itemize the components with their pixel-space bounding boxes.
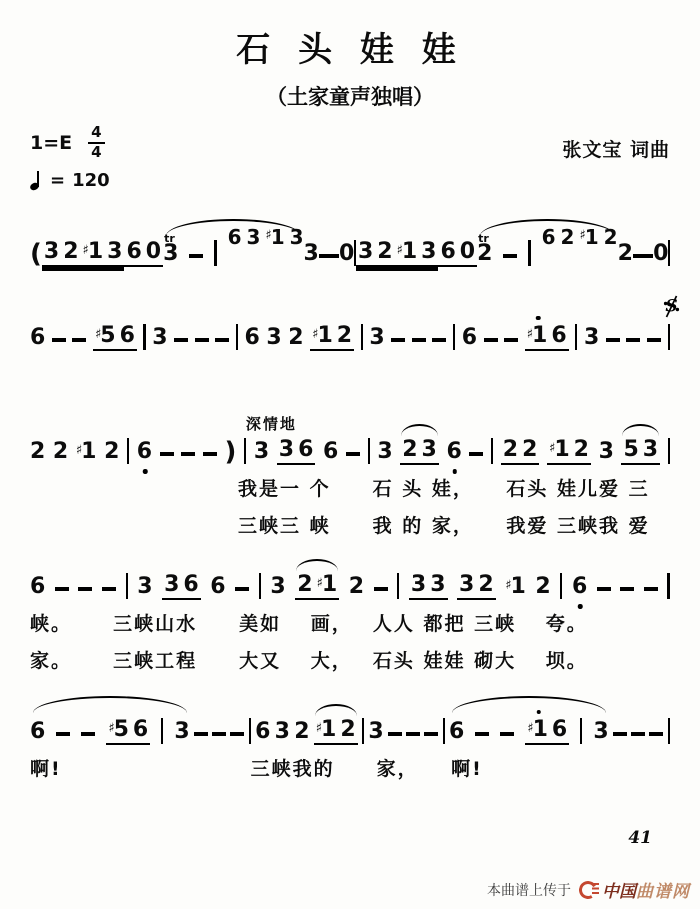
parenthesis: ( — [30, 241, 42, 267]
note-digit: 3 — [430, 572, 445, 598]
barline — [668, 718, 670, 744]
note-digit: 1 — [585, 224, 599, 250]
note: 3 — [44, 239, 59, 265]
note-digit: 6 — [551, 323, 566, 349]
note-digit: 6 — [446, 439, 461, 465]
note: ♯5 — [95, 323, 116, 349]
duration-dash — [102, 587, 116, 591]
note-digit: 1 — [532, 323, 547, 349]
beam-group: 53 — [621, 437, 660, 465]
note: 0 — [339, 241, 354, 267]
note-digit: 3 — [254, 439, 269, 465]
slur-group: 363♯13 — [163, 240, 303, 267]
note-digit: 2 — [337, 323, 352, 349]
note: 2 — [349, 574, 364, 600]
duration-dash — [626, 338, 640, 342]
duration-dash — [631, 732, 645, 736]
lyrics-line: 家。 三峡工程 大又 大， 石头 娃娃 砌大 坝。 — [30, 648, 670, 675]
barline — [491, 438, 493, 464]
note: 3 — [279, 437, 294, 463]
barline — [528, 240, 530, 266]
time-signature-denominator: 4 — [91, 144, 101, 161]
duration-dash — [475, 732, 489, 736]
sharp-icon: ♯ — [317, 577, 323, 590]
note-digit: 1 — [317, 323, 332, 349]
octave-dot-below — [453, 469, 458, 474]
site-name-primary: 中国 — [602, 877, 636, 902]
note-digit: 6 — [30, 325, 45, 351]
note: 3 — [593, 719, 608, 745]
sharp-icon: ♯ — [527, 328, 533, 341]
note: 3 — [137, 574, 152, 600]
note: 6 — [446, 439, 461, 465]
note-digit: 3 — [304, 241, 319, 267]
watermark: 本曲谱上传于 中国 曲谱网 — [487, 877, 690, 902]
note: 6 — [30, 325, 45, 351]
barline — [361, 324, 363, 350]
trill-note: 3 — [163, 241, 178, 267]
note: 3 — [266, 325, 281, 351]
note-digit: 6 — [440, 239, 455, 265]
sharp-icon: ♯ — [316, 722, 322, 735]
note-digit: 2 — [288, 325, 303, 351]
note-digit: 0 — [339, 241, 354, 267]
slur-group: 6♯163 — [449, 717, 609, 745]
song-subtitle: （土家童声独唱） — [30, 81, 670, 111]
system: (32♯1360363♯133032♯1360262♯1220 — [30, 237, 670, 267]
duration-dash — [212, 732, 226, 736]
note-digit: 1 — [81, 439, 96, 465]
duration-dash — [503, 254, 517, 258]
note-digit: 6 — [137, 439, 152, 465]
note: ♯1 — [527, 717, 548, 743]
note-digit: 3 — [152, 325, 167, 351]
note: 2 — [288, 325, 303, 351]
note: 3 — [254, 439, 269, 465]
note-digit: 2 — [478, 572, 493, 598]
system: 22♯126)深情地3366323622♯12353我是一 个 石 头 娃， 石… — [30, 435, 670, 540]
duration-dash — [72, 338, 86, 342]
time-signature-numerator: 4 — [88, 125, 104, 144]
note-digit: 1 — [321, 717, 336, 743]
tempo-bpm: 120 — [72, 170, 110, 191]
sharp-icon: ♯ — [76, 444, 82, 457]
note-digit: 6 — [183, 572, 198, 598]
note: ♯1 — [317, 572, 338, 598]
note-digit: 5 — [623, 437, 638, 463]
note: 6 — [210, 574, 225, 600]
key-signature: 1=E — [30, 132, 72, 154]
barline — [244, 438, 246, 464]
note: 6 — [228, 224, 242, 250]
expression-mark: 深情地 — [246, 411, 297, 437]
duration-dash — [633, 254, 643, 258]
note: 2 — [63, 239, 78, 265]
duration-dash — [649, 732, 663, 736]
note-digit: 1 — [88, 239, 103, 265]
note: 6 — [30, 574, 45, 600]
duration-dash — [504, 338, 518, 342]
beam-group: ♯56 — [106, 717, 150, 745]
note-digit: 1 — [554, 437, 569, 463]
duration-dash — [56, 732, 70, 736]
sharp-icon: ♯ — [312, 328, 318, 341]
lyrics-line: 啊! 三峡我的 家， 啊! — [30, 756, 670, 783]
barline — [667, 573, 669, 599]
note: 3 — [275, 719, 290, 745]
beam-group: 23 — [400, 437, 439, 465]
note-digit: 3 — [643, 437, 658, 463]
note: 2 — [478, 572, 493, 598]
duration-dash — [424, 732, 438, 736]
note: 6 — [572, 574, 587, 600]
duration-dash — [391, 338, 405, 342]
note: 6 — [30, 719, 45, 745]
duration-dash — [181, 452, 195, 456]
lyrics-line: 三峡三 峡 我 的 家， 我爱 三峡我 爱 — [30, 513, 670, 540]
note: 2 — [535, 574, 550, 600]
note-digit: 3 — [599, 439, 614, 465]
barline — [127, 438, 129, 464]
note: 6 — [245, 325, 260, 351]
time-signature: 4 4 — [88, 125, 104, 161]
barline — [126, 573, 128, 599]
duration-dash — [597, 587, 611, 591]
note: 6 — [542, 224, 556, 250]
octave-dot-above — [536, 316, 541, 321]
note: 6 — [323, 439, 338, 465]
note-digit: 6 — [572, 574, 587, 600]
note-digit: 3 — [174, 719, 189, 745]
sharp-icon: ♯ — [83, 244, 89, 257]
duration-dash — [406, 732, 420, 736]
system: 6336632♯123332♯126峡。 三峡山水 美如 画， 人人 都把 三峡… — [30, 570, 670, 675]
note-digit: 3 — [593, 719, 608, 745]
barline: S — [668, 324, 670, 350]
note-digit: 6 — [298, 437, 313, 463]
duration-dash — [469, 452, 483, 456]
note-digit: 6 — [542, 224, 556, 250]
note: 2 — [618, 241, 633, 267]
score-header: 1=E 4 4 = 120 张文宝 词曲 — [30, 125, 670, 191]
duration-dash — [412, 338, 426, 342]
sharp-icon: ♯ — [579, 229, 585, 242]
note: 6 — [298, 437, 313, 463]
note-digit: 3 — [369, 325, 384, 351]
note: 3 — [430, 572, 445, 598]
barline — [575, 324, 577, 350]
note: 3 — [422, 437, 437, 463]
barline — [214, 240, 216, 266]
composer-credit: 张文宝 词曲 — [562, 135, 670, 162]
note: 0 — [460, 239, 475, 265]
barline — [580, 718, 582, 744]
note: 2 — [337, 323, 352, 349]
note-digit: 2 — [618, 241, 633, 267]
note: 3 — [107, 239, 122, 265]
note-digit: 2 — [53, 439, 68, 465]
note: 3 — [421, 239, 436, 265]
note: 3 — [643, 437, 658, 463]
barline — [397, 573, 399, 599]
lyrics-line: 峡。 三峡山水 美如 画， 人人 都把 三峡 夸。 — [30, 611, 670, 638]
note-digit: 2 — [297, 572, 312, 598]
beam-group: 2♯1 — [295, 572, 339, 600]
note-digit: 5 — [100, 323, 115, 349]
beam-group: 60 — [124, 239, 163, 267]
note-digit: 2 — [63, 239, 78, 265]
note-digit: 1 — [322, 572, 337, 598]
note-digit: 2 — [561, 224, 575, 250]
duration-dash — [432, 338, 446, 342]
tempo-marking: = 120 — [30, 170, 110, 191]
note: 6 — [183, 572, 198, 598]
duration-dash — [189, 254, 203, 258]
note: 6 — [126, 239, 141, 265]
slur-group: 262♯12 — [477, 240, 617, 267]
beam-group: ♯12 — [314, 717, 358, 745]
duration-dash — [78, 587, 92, 591]
note: 0 — [653, 241, 668, 267]
note-digit: 3 — [411, 572, 426, 598]
duration-dash — [484, 338, 498, 342]
note: 2 — [53, 439, 68, 465]
beam-group: ♯16 — [525, 717, 569, 745]
note: 3 — [163, 241, 178, 267]
note: 2 — [574, 437, 589, 463]
beam-group: 32 — [457, 572, 496, 600]
barline — [362, 718, 364, 744]
note-digit: 3 — [279, 437, 294, 463]
slur-group: 6♯563 — [30, 717, 190, 745]
note: 3 — [358, 239, 373, 265]
note: 6 — [255, 719, 270, 745]
note: 2 — [522, 437, 537, 463]
note: 6 — [133, 717, 148, 743]
note-digit: 3 — [290, 224, 304, 250]
note-digit: 3 — [163, 241, 178, 267]
note-digit: 1 — [271, 224, 285, 250]
note-digit: 3 — [275, 719, 290, 745]
beam-group: 36 — [277, 437, 316, 465]
system: 6♯563632♯1236♯163啊! 三峡我的 家， 啊! — [30, 715, 670, 783]
note-digit: 2 — [477, 241, 492, 267]
duration-dash — [329, 254, 339, 258]
barline — [560, 573, 562, 599]
note: 6 — [449, 719, 464, 745]
note-digit: 5 — [114, 717, 129, 743]
note-digit: 3 — [421, 239, 436, 265]
note-digit: 6 — [30, 719, 45, 745]
note-digit: 2 — [377, 239, 392, 265]
duration-dash — [500, 732, 514, 736]
duration-dash — [160, 452, 174, 456]
note-digit: 2 — [294, 719, 309, 745]
note-digit: 3 — [377, 439, 392, 465]
note: 2 — [297, 572, 312, 598]
sheet-music-page: 石 头 娃 娃 （土家童声独唱） 1=E 4 4 = 120 张文宝 词曲 (3… — [0, 0, 700, 909]
note-digit: 2 — [604, 224, 618, 250]
note-digit: 6 — [210, 574, 225, 600]
notation-line: 6336632♯123332♯126 — [30, 570, 670, 600]
note: 2 — [104, 439, 119, 465]
note: 3 — [584, 325, 599, 351]
duration-dash — [613, 732, 627, 736]
notation-line: 6♯563632♯1236♯163 — [30, 715, 670, 745]
sharp-icon: ♯ — [549, 442, 555, 455]
parenthesis: ) — [225, 439, 237, 465]
duration-dash — [643, 254, 653, 258]
note-digit: 6 — [245, 325, 260, 351]
note: 3 — [174, 719, 189, 745]
duration-dash — [374, 587, 388, 591]
grace-notes: 63♯13 — [228, 224, 304, 250]
note-digit: 3 — [107, 239, 122, 265]
note: 3 — [270, 574, 285, 600]
note: 2 — [604, 224, 618, 250]
note: 6 — [551, 323, 566, 349]
octave-dot-above — [536, 710, 541, 715]
notation-line: 22♯126)深情地3366323622♯12353 — [30, 435, 670, 465]
note-digit: 6 — [323, 439, 338, 465]
lyrics-line: 我是一 个 石 头 娃， 石头 娃儿爱 三 — [30, 476, 670, 503]
note: ♯1 — [265, 224, 284, 250]
system: 6♯563632♯1236♯163S — [30, 321, 670, 351]
note: 2 — [340, 717, 355, 743]
barline — [236, 324, 238, 350]
note: 6 — [462, 325, 477, 351]
note: 2 — [477, 241, 492, 267]
duration-dash — [203, 452, 217, 456]
note: 2 — [377, 239, 392, 265]
beam-group: 22 — [501, 437, 540, 465]
note: 6 — [137, 439, 152, 465]
note-digit: 3 — [270, 574, 285, 600]
duration-dash — [388, 732, 402, 736]
note-digit: 6 — [552, 717, 567, 743]
note: 3 — [152, 325, 167, 351]
note-digit: 0 — [653, 241, 668, 267]
note-digit: 3 — [358, 239, 373, 265]
beam-group: ♯16 — [525, 323, 569, 351]
note-digit: 3 — [164, 572, 179, 598]
beam-group: 36 — [162, 572, 201, 600]
barline — [161, 718, 163, 744]
sharp-icon: ♯ — [265, 229, 271, 242]
quarter-note-icon — [30, 170, 43, 191]
duration-dash — [319, 254, 329, 258]
barline — [453, 324, 455, 350]
note-digit: 2 — [402, 437, 417, 463]
note-digit: 0 — [146, 239, 161, 265]
note-digit: 6 — [120, 323, 135, 349]
note-digit: 3 — [246, 224, 260, 250]
note-digit: 2 — [503, 437, 518, 463]
duration-dash — [174, 338, 188, 342]
tempo-equals: = — [50, 170, 65, 191]
note: ♯1 — [76, 439, 97, 465]
score: (32♯1360363♯133032♯1360262♯12206♯563632♯… — [30, 237, 670, 783]
note-digit: 6 — [30, 574, 45, 600]
note: 6 — [120, 323, 135, 349]
note: 6 — [552, 717, 567, 743]
note: 2 — [402, 437, 417, 463]
note-digit: 2 — [349, 574, 364, 600]
notation-line: 6♯563632♯1236♯163S — [30, 321, 670, 351]
barline — [259, 573, 261, 599]
note: ♯1 — [316, 717, 337, 743]
beam-group: ♯56 — [93, 323, 137, 351]
note-digit: 2 — [535, 574, 550, 600]
site-logo-icon — [577, 878, 599, 900]
note-digit: 6 — [449, 719, 464, 745]
duration-dash — [52, 338, 66, 342]
note-digit: 3 — [422, 437, 437, 463]
note-digit: 6 — [126, 239, 141, 265]
beam-group: 33 — [409, 572, 448, 600]
duration-dash — [215, 338, 229, 342]
duration-dash — [647, 338, 661, 342]
note-digit: 0 — [460, 239, 475, 265]
octave-dot-below — [143, 469, 148, 474]
note-digit: 1 — [402, 239, 417, 265]
note: ♯5 — [108, 717, 129, 743]
marked-note: 深情地3 — [254, 439, 269, 465]
note-digit: 1 — [533, 717, 548, 743]
note-digit: 2 — [522, 437, 537, 463]
note: 5 — [623, 437, 638, 463]
note: 3 — [377, 439, 392, 465]
note-digit: 2 — [30, 439, 45, 465]
note: 3 — [369, 325, 384, 351]
duration-dash — [194, 732, 208, 736]
duration-dash — [235, 587, 249, 591]
octave-dot-below — [578, 604, 583, 609]
grace-notes: 62♯12 — [542, 224, 618, 250]
watermark-text: 本曲谱上传于 — [487, 880, 571, 900]
note: ♯1 — [83, 239, 104, 265]
note-digit: 1 — [511, 574, 526, 600]
note: 3 — [368, 719, 383, 745]
sharp-icon: ♯ — [95, 328, 101, 341]
note-digit: 6 — [228, 224, 242, 250]
barline — [143, 324, 145, 350]
note: 3 — [599, 439, 614, 465]
note: 3 — [246, 224, 260, 250]
duration-dash — [620, 587, 634, 591]
note-digit: 2 — [574, 437, 589, 463]
sharp-icon: ♯ — [397, 244, 403, 257]
note-digit: 3 — [266, 325, 281, 351]
song-title: 石 头 娃 娃 — [30, 22, 670, 71]
note: ♯1 — [505, 574, 526, 600]
duration-dash — [644, 587, 658, 591]
note: ♯1 — [549, 437, 570, 463]
barline — [368, 438, 370, 464]
note-digit: 3 — [368, 719, 383, 745]
note: ♯1 — [397, 239, 418, 265]
note-digit: 2 — [104, 439, 119, 465]
note: 3 — [411, 572, 426, 598]
note-digit: 3 — [584, 325, 599, 351]
sharp-icon: ♯ — [108, 722, 114, 735]
beam-group: 32♯13 — [356, 239, 439, 267]
sharp-icon: ♯ — [527, 722, 533, 735]
beam-group: 60 — [438, 239, 477, 267]
note: ♯1 — [527, 323, 548, 349]
beam-group: ♯12 — [547, 437, 591, 465]
duration-dash — [55, 587, 69, 591]
